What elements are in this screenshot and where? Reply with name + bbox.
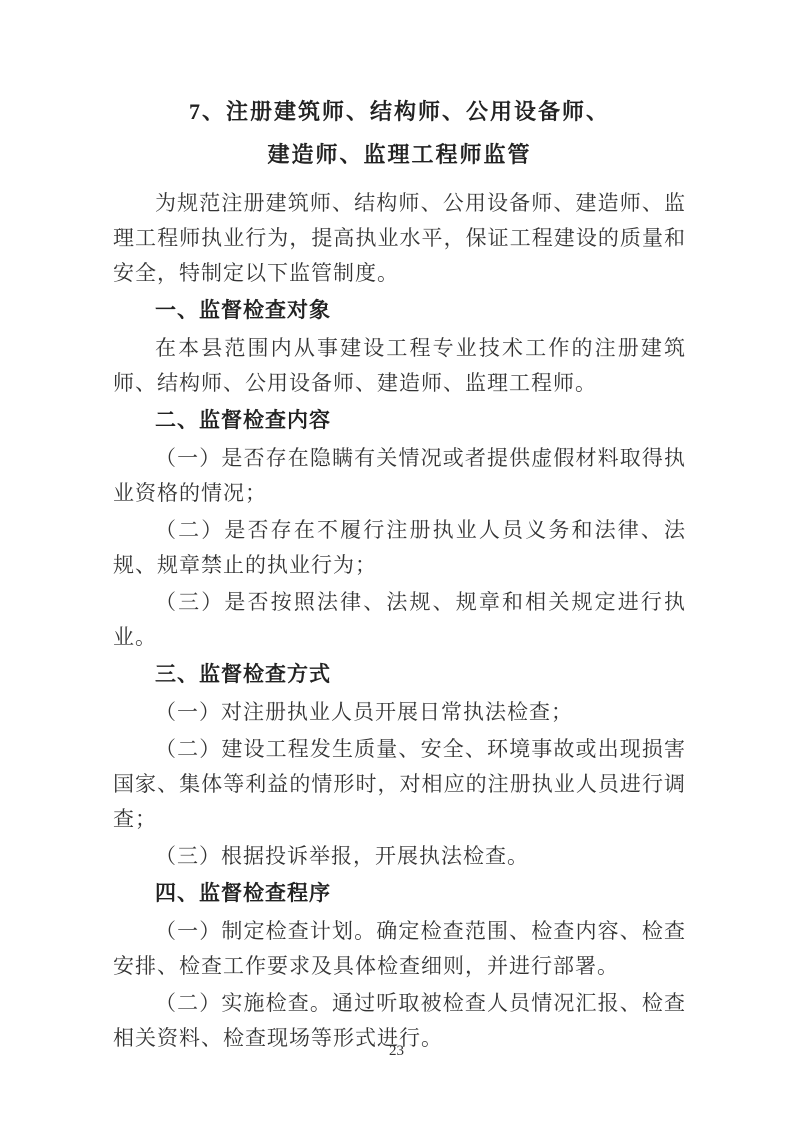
document-title-line1: 7、注册建筑师、结构师、公用设备师、 bbox=[113, 90, 686, 133]
section-heading: 一、监督检查对象 bbox=[113, 293, 686, 329]
document-title: 7、注册建筑师、结构师、公用设备师、 建造师、监理工程师监管 bbox=[113, 90, 686, 176]
paragraph: （三）是否按照法律、法规、规章和相关规定进行执业。 bbox=[113, 585, 686, 655]
page-number: 23 bbox=[389, 1043, 404, 1059]
paragraph: 为规范注册建筑师、结构师、公用设备师、建造师、监理工程师执业行为，提高执业水平，… bbox=[113, 186, 686, 291]
paragraph: （三）根据投诉举报，开展执法检查。 bbox=[113, 839, 686, 874]
document-page: 7、注册建筑师、结构师、公用设备师、 建造师、监理工程师监管 为规范注册建筑师、… bbox=[0, 0, 793, 1122]
paragraph: （二）是否存在不履行注册执业人员义务和法律、法规、规章禁止的执业行为； bbox=[113, 513, 686, 583]
paragraph: （一）对注册执业人员开展日常执法检查； bbox=[113, 695, 686, 730]
paragraph: （二）建设工程发生质量、安全、环境事故或出现损害国家、集体等利益的情形时，对相应… bbox=[113, 732, 686, 837]
paragraph: （一）是否存在隐瞒有关情况或者提供虚假材料取得执业资格的情况； bbox=[113, 441, 686, 511]
document-title-line2: 建造师、监理工程师监管 bbox=[113, 133, 686, 176]
section-heading: 二、监督检查内容 bbox=[113, 403, 686, 439]
section-heading: 三、监督检查方式 bbox=[113, 657, 686, 693]
paragraph: 在本县范围内从事建设工程专业技术工作的注册建筑师、结构师、公用设备师、建造师、监… bbox=[113, 331, 686, 401]
page-footer: 23 bbox=[0, 1042, 793, 1060]
paragraph: （一）制定检查计划。确定检查范围、检查内容、检查安排、检查工作要求及具体检查细则… bbox=[113, 914, 686, 984]
document-body: 为规范注册建筑师、结构师、公用设备师、建造师、监理工程师执业行为，提高执业水平，… bbox=[113, 186, 686, 1056]
section-heading: 四、监督检查程序 bbox=[113, 876, 686, 912]
